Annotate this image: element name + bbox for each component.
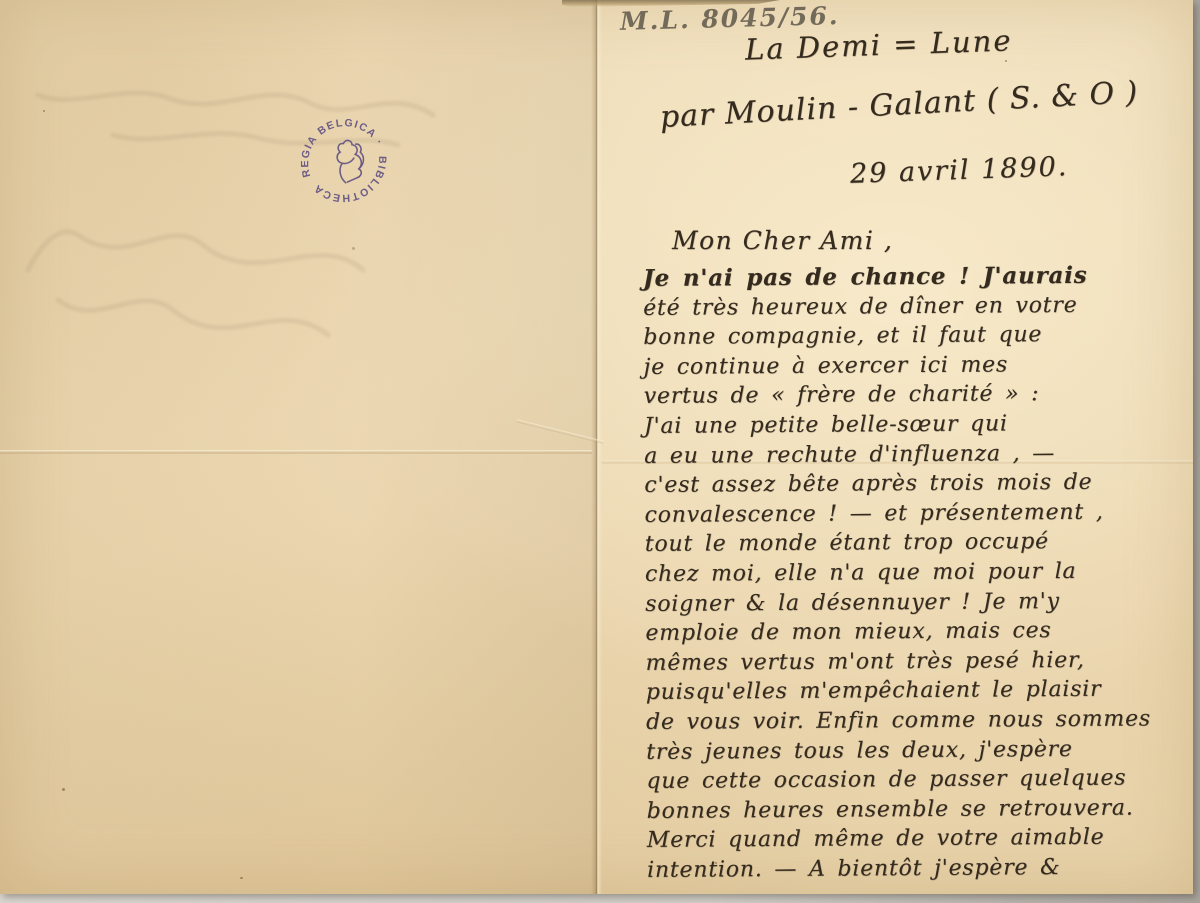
letter-line: intention. — A bientôt j'espère &: [647, 852, 1199, 885]
letter-line: bonne compagnie, et il faut que: [643, 319, 1195, 352]
letter-line: vertus de « frère de charité » :: [644, 378, 1196, 411]
paper-speck: [240, 877, 243, 879]
letter-line: puisqu'elles m'empêchaient le plaisir: [646, 674, 1198, 707]
salutation: Mon Cher Ami ,: [672, 226, 893, 255]
letter-line: tout le monde étant trop occupé: [645, 526, 1197, 559]
letter-line: Merci quand même de votre aimable: [647, 822, 1199, 855]
letter-line: je continue à exercer ici mes: [643, 349, 1195, 382]
letter-line: J'ai une petite belle-sœur qui: [644, 408, 1196, 441]
letter-line: été très heureux de dîner en votre: [643, 290, 1195, 323]
scan-background: REGIA BELGICA · BIBLIOTHECA M.L. 8045/56…: [0, 0, 1200, 903]
letter-line: de vous voir. Enfin comme nous sommes: [646, 704, 1198, 737]
letter-line: très jeunes tous les deux, j'espère: [646, 734, 1198, 767]
vertical-fold-crease: [591, 0, 602, 894]
stamp-lion-icon: [329, 136, 372, 183]
letter-line: chez moi, elle n'a que moi pour la: [645, 556, 1197, 589]
letter-line: mêmes vertus m'ont très pesé hier,: [646, 645, 1198, 678]
paper-speck: [62, 788, 65, 791]
letter-body: Je n'ai pas de chance ! J'aurais été trè…: [643, 260, 1199, 885]
letter-line: que cette occasion de passer quelques: [646, 763, 1198, 796]
paper-speck: [352, 247, 355, 250]
letter-line: Je n'ai pas de chance ! J'aurais: [643, 260, 1195, 293]
paper-speck: [43, 110, 45, 112]
paper-speck: [1005, 60, 1007, 62]
letterhead-address: par Moulin - Galant ( S. & O ): [659, 75, 1139, 135]
horizontal-crease-left-page: [0, 450, 592, 454]
letterhead-date: 29 avril 1890.: [850, 151, 1069, 190]
letter-line: a eu une rechute d'influenza , —: [644, 438, 1196, 471]
paper-sheet: REGIA BELGICA · BIBLIOTHECA M.L. 8045/56…: [0, 0, 1193, 894]
letter-line: emploie de mon mieux, mais ces: [645, 615, 1197, 648]
ink-bleedthrough: [18, 40, 458, 380]
letter-line: convalescence ! — et présentement ,: [644, 497, 1196, 530]
letter-line: bonnes heures ensemble se retrouvera.: [647, 793, 1199, 826]
letter-line: c'est assez bête après trois mois de: [644, 467, 1196, 500]
letter-line: soigner & la désennuyer ! Je m'y: [645, 586, 1197, 619]
